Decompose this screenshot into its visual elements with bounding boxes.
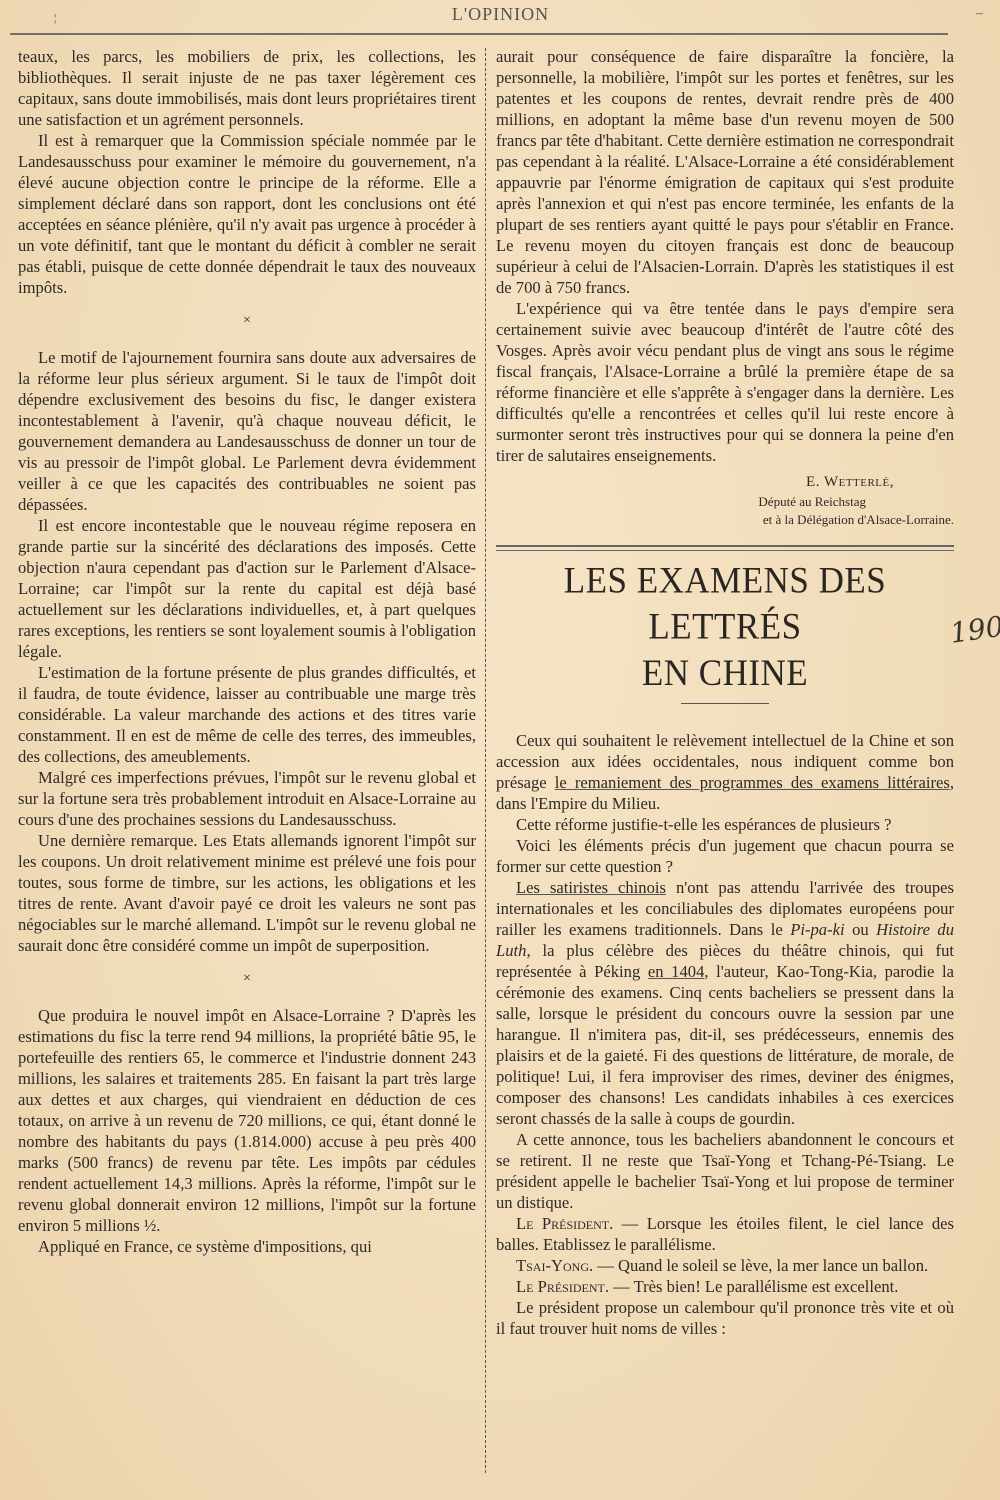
paragraph: Voici les éléments précis d'un jugement … xyxy=(496,835,954,877)
newspaper-title: L'OPINION xyxy=(18,4,983,25)
paragraph: L'estimation de la fortune présente de p… xyxy=(18,662,476,767)
paragraph: Une dernière remarque. Les Etats alleman… xyxy=(18,830,476,956)
author-title: et à la Délégation d'Alsace-Lorraine. xyxy=(496,511,954,529)
dialogue-line: Le Président. — Très bien! Le parallélis… xyxy=(496,1276,954,1297)
text: — Très bien! Le parallélisme est excelle… xyxy=(609,1277,898,1296)
dialogue-line: Le Président. — Lorsque les étoiles file… xyxy=(496,1213,954,1255)
speaker: Le Président. xyxy=(516,1214,613,1233)
column-divider xyxy=(485,48,486,1473)
paragraph: L'expérience qui va être tentée dans le … xyxy=(496,298,954,466)
article-title-line: LES EXAMENS DES LETTRÉS xyxy=(496,558,954,650)
speaker: Tsai-Yong. xyxy=(516,1256,593,1275)
paragraph: Que produira le nouvel impôt en Alsace-L… xyxy=(18,1005,476,1236)
author-name: E. Wetterlé, xyxy=(496,472,954,493)
paragraph: Appliqué en France, ce système d'imposit… xyxy=(18,1236,476,1257)
dialogue-line: Tsai-Yong. — Quand le soleil se lève, la… xyxy=(496,1255,954,1276)
signature-block: E. Wetterlé, Député au Reichstag et à la… xyxy=(496,472,954,529)
paragraph: Il est à remarquer que la Commission spé… xyxy=(18,130,476,298)
speaker: Le Président. xyxy=(516,1277,609,1296)
paragraph: Les satiristes chinois n'ont pas attendu… xyxy=(496,877,954,1129)
paragraph: A cette annonce, tous les bacheliers aba… xyxy=(496,1129,954,1213)
text: , l'auteur, Kao-Tong-Kia, parodie la cér… xyxy=(496,962,954,1128)
page-header: ¦ L'OPINION – xyxy=(18,0,983,32)
article-title-line: EN CHINE xyxy=(496,650,954,696)
section-separator: × xyxy=(18,968,476,989)
text: — Quand le soleil se lève, la mer lance … xyxy=(593,1256,928,1275)
paragraph: Cette réforme justifie-t-elle les espéra… xyxy=(496,814,954,835)
paragraph: Il est encore incontestable que le nouve… xyxy=(18,515,476,662)
page-mark: – xyxy=(976,6,983,22)
left-column: teaux, les parcs, les mobiliers de prix,… xyxy=(18,46,476,1257)
title-rule xyxy=(681,703,769,704)
italic-title: Pi-pa-ki xyxy=(790,920,844,939)
article-title: LES EXAMENS DES LETTRÉS EN CHINE xyxy=(496,558,954,697)
underlined-text: Les satiristes chinois xyxy=(516,878,666,897)
paragraph: Malgré ces imperfections prévues, l'impô… xyxy=(18,767,476,830)
underlined-text: le remaniement des programmes des examen… xyxy=(555,773,950,792)
text: ou xyxy=(845,920,877,939)
paragraph: Ceux qui souhaitent le relèvement intell… xyxy=(496,730,954,814)
handwritten-annotation: 1908 xyxy=(948,607,1000,650)
paragraph: Le motif de l'ajournement fournira sans … xyxy=(18,347,476,515)
paragraph: Le président propose un calembour qu'il … xyxy=(496,1297,954,1339)
article-separator-rule xyxy=(496,545,954,551)
right-column: aurait pour conséquence de faire dispara… xyxy=(496,46,954,1339)
section-separator: × xyxy=(18,310,476,331)
paragraph: teaux, les parcs, les mobiliers de prix,… xyxy=(18,46,476,130)
header-rule xyxy=(498,33,948,35)
underlined-text: en 1404 xyxy=(648,962,704,981)
author-title: Député au Reichstag xyxy=(496,493,954,511)
header-rule xyxy=(10,33,498,35)
paragraph: aurait pour conséquence de faire dispara… xyxy=(496,46,954,298)
